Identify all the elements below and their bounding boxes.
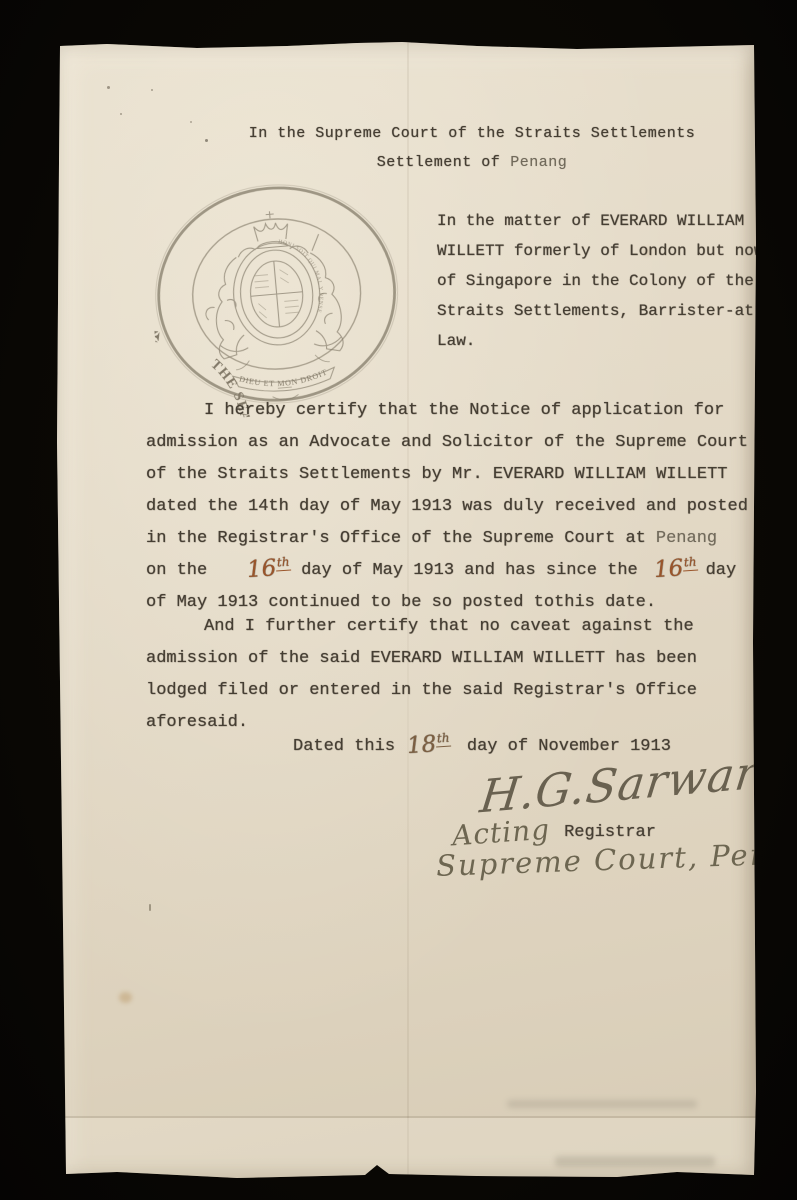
court-seal-stamp: THE SEAL OF THE SUPREME COURT OF THE STR… <box>142 172 411 425</box>
dated-rest: day of November 1913 <box>467 737 671 756</box>
body-line: admission of the said EVERARD WILLIAM WI… <box>146 643 762 675</box>
document-page: In the Supreme Court of the Straits Sett… <box>57 42 756 1180</box>
body-line: on the16thday of May 1913 and has since … <box>146 555 762 587</box>
matter-line: of Singapore in the Colony of the <box>437 266 772 296</box>
ink-speck <box>190 121 192 123</box>
settlement-value: Penang <box>510 154 567 171</box>
dated-label: Dated this <box>293 737 395 756</box>
body-line: dated the 14th day of May 1913 was duly … <box>146 491 762 523</box>
body-line: lodged filed or entered in the said Regi… <box>146 675 762 707</box>
settlement-label: Settlement of <box>377 154 501 171</box>
handwritten-16th: 16th <box>653 556 698 583</box>
body-line: I hereby certify that the Notice of appl… <box>146 395 762 427</box>
matter-line: In the matter of EVERARD WILLIAM <box>437 206 772 236</box>
ink-mark <box>149 904 151 911</box>
handwritten-day: 16 <box>246 556 277 584</box>
ordinal-suffix: th <box>682 555 698 572</box>
ordinal-suffix: th <box>435 731 451 748</box>
scan-background: In the Supreme Court of the Straits Sett… <box>0 0 797 1200</box>
header-settlement-line: Settlement ofPenang <box>237 154 707 171</box>
header-court-line: In the Supreme Court of the Straits Sett… <box>237 125 707 142</box>
certify-paragraph-2: And I further certify that no caveat aga… <box>146 611 762 739</box>
ink-speck <box>120 113 122 115</box>
handwritten-18th: 18th <box>406 732 451 759</box>
typed-registrar: Registrar <box>564 823 656 842</box>
ink-speck <box>107 86 110 89</box>
body-text: day <box>706 561 737 580</box>
ink-speck <box>205 139 208 142</box>
matter-paragraph: In the matter of EVERARD WILLIAM WILLETT… <box>437 206 772 356</box>
penang-typed-value: Penang <box>656 529 717 548</box>
smudge-mark <box>555 1156 715 1167</box>
ordinal-suffix: th <box>276 555 292 572</box>
matter-line: Straits Settlements, Barrister-at- <box>437 296 772 326</box>
ink-speck <box>151 89 153 91</box>
foxing-spot <box>119 992 132 1003</box>
body-text: day of May 1913 and has since the <box>301 561 638 580</box>
handwritten-16th: 16th <box>246 556 291 583</box>
body-line: And I further certify that no caveat aga… <box>146 611 762 643</box>
body-line: admission as an Advocate and Solicitor o… <box>146 427 762 459</box>
certify-paragraph-1: I hereby certify that the Notice of appl… <box>146 395 762 619</box>
matter-line: WILLETT formerly of London but now <box>437 236 772 266</box>
matter-line: Law. <box>437 326 772 356</box>
body-line: in the Registrar's Office of the Supreme… <box>146 523 762 555</box>
handwritten-day: 16 <box>653 556 684 584</box>
handwritten-day: 18 <box>406 732 437 760</box>
body-line: of the Straits Settlements by Mr. EVERAR… <box>146 459 762 491</box>
body-text: on the <box>146 561 207 580</box>
smudge-mark <box>507 1100 697 1108</box>
fold-band <box>57 1118 756 1180</box>
body-text: in the Registrar's Office of the Supreme… <box>146 529 646 548</box>
